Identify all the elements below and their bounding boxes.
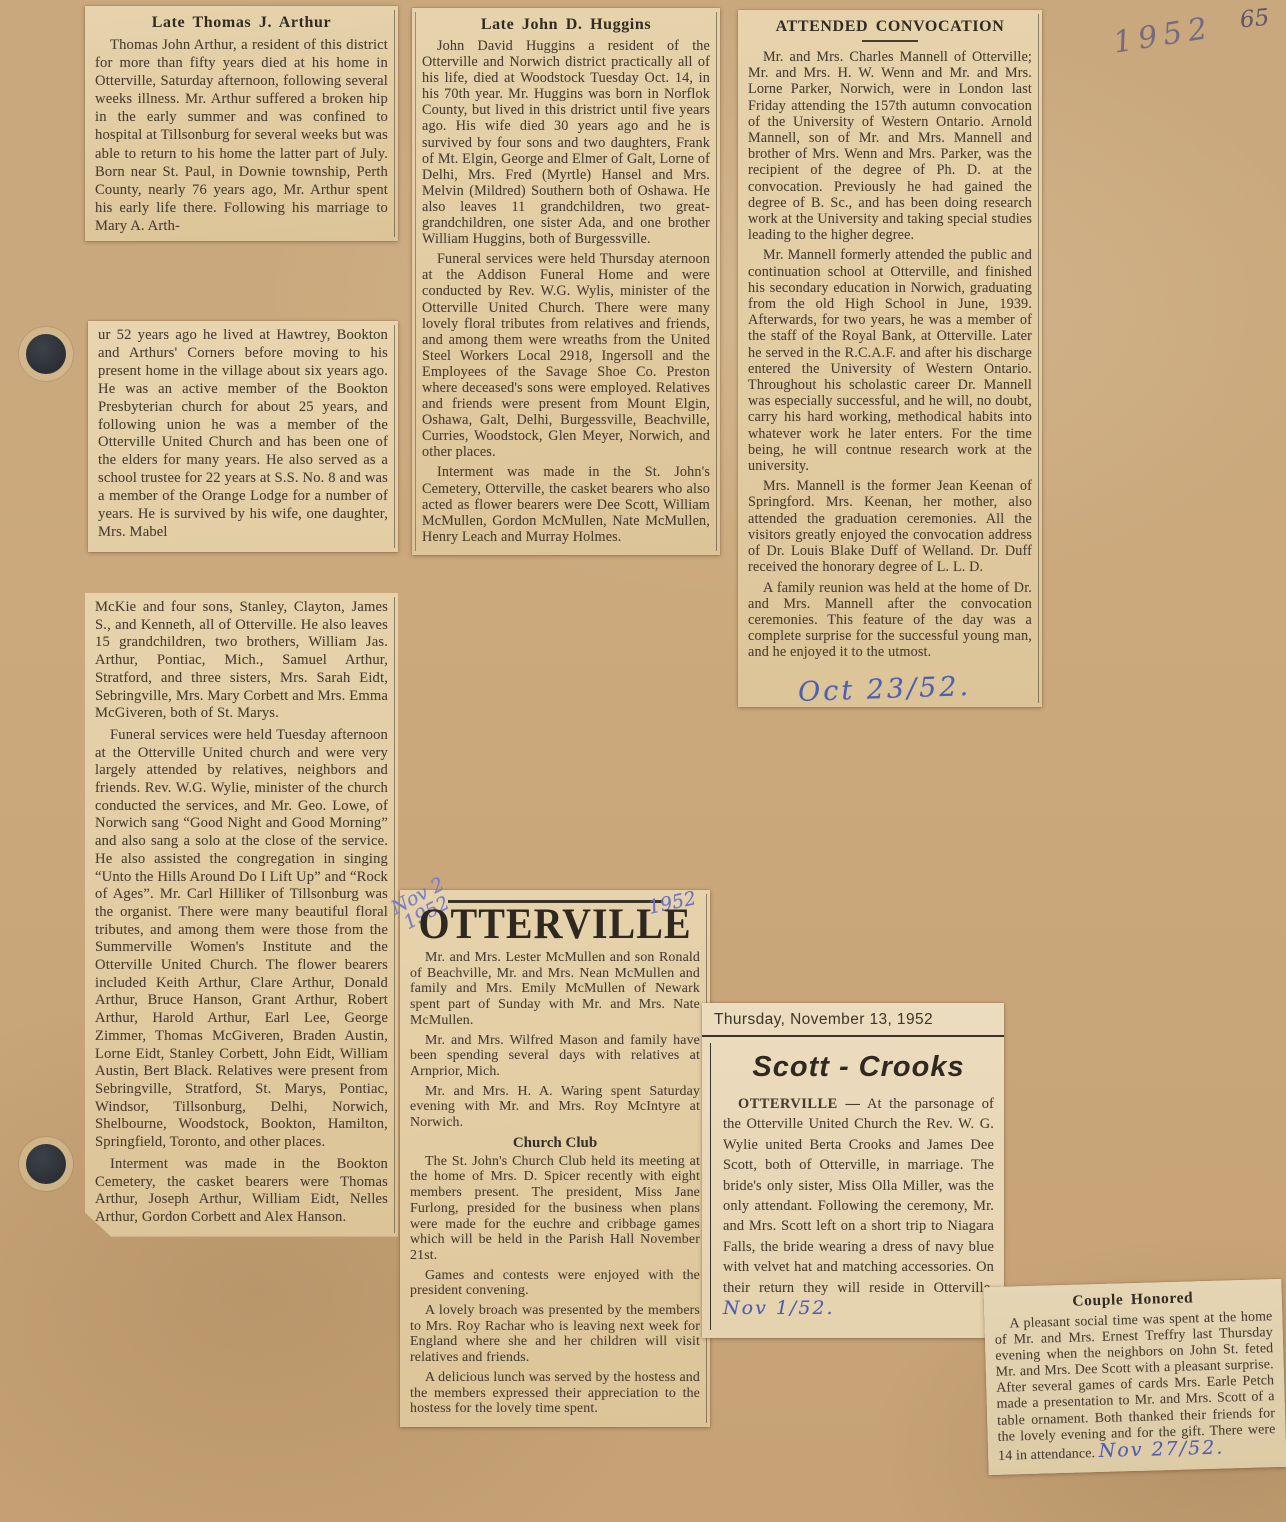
scott-crooks-article: Scott - Crooks OTTERVILLE — At the parso… (710, 1043, 1004, 1330)
convocation-paragraph: Mr. Mannell formerly attended the public… (748, 247, 1032, 474)
huggins-obituary-paragraph: John David Huggins a resident of the Ott… (422, 38, 710, 247)
church-club-paragraph: The St. John's Church Club held its meet… (410, 1154, 700, 1264)
convocation-paragraph: Mrs. Mannell is the former Jean Keenan o… (748, 478, 1032, 575)
convocation-paragraph: A family reunion was held at the home of… (748, 580, 1032, 661)
punch-hole (26, 1144, 66, 1184)
scott-crooks-paragraph: OTTERVILLE — At the parsonage of the Ott… (723, 1094, 994, 1320)
church-club-paragraph: A delicious lunch was served by the host… (410, 1370, 700, 1417)
article-lead: OTTERVILLE — (738, 1096, 860, 1112)
convocation-headline: ATTENDED CONVOCATION (748, 18, 1032, 36)
otterville-headline: OTTERVILLE (410, 902, 700, 945)
otterville-news-paragraph: Mr. and Mrs. H. A. Waring spent Saturday… (410, 1084, 700, 1131)
clipping-arthur-obituary-middle: ur 52 years ago he lived at Hawtrey, Boo… (88, 321, 398, 552)
scott-crooks-headline: Scott - Crooks (723, 1051, 994, 1084)
clipping-huggins-obituary: Late John D. Huggins John David Huggins … (412, 8, 720, 555)
otterville-news-paragraph: Mr. and Mrs. Lester McMullen and son Ron… (410, 950, 700, 1029)
arthur-obituary-paragraph: McKie and four sons, Stanley, Clayton, J… (95, 599, 388, 723)
article-body-text: At the parsonage of the Otterville Unite… (723, 1096, 994, 1296)
church-club-subhead: Church Club (410, 1135, 700, 1152)
arthur-obituary-paragraph: Funeral services were held Tuesday after… (95, 727, 388, 1152)
couple-honored-headline: Couple Honored (994, 1287, 1272, 1313)
clipping-scott-crooks-wedding: Thursday, November 13, 1952 Scott - Croo… (702, 1003, 1004, 1338)
clipping-otterville-news: Nov 2 1952 1952 OTTERVILLE Mr. and Mrs. … (400, 890, 710, 1427)
handwritten-date-annotation: Oct 23/52. (798, 671, 972, 708)
arthur-obituary-headline: Late Thomas J. Arthur (95, 14, 388, 32)
arthur-obituary-paragraph: Thomas John Arthur, a resident of this d… (95, 36, 388, 235)
church-club-paragraph: A lovely broach was presented by the mem… (410, 1303, 700, 1366)
clipping-arthur-obituary-bottom: McKie and four sons, Stanley, Clayton, J… (85, 593, 398, 1237)
handwritten-year-annotation: 1952 (1111, 10, 1216, 60)
arthur-obituary-paragraph: ur 52 years ago he lived at Hawtrey, Boo… (98, 327, 388, 542)
otterville-news-paragraph: Mr. and Mrs. Wilfred Mason and family ha… (410, 1033, 700, 1080)
church-club-paragraph: Games and contests were enjoyed with the… (410, 1268, 700, 1299)
huggins-obituary-paragraph: Interment was made in the St. John's Cem… (422, 464, 710, 544)
handwritten-page-number: 65 (1239, 5, 1271, 34)
headline-dash (862, 40, 918, 42)
clipping-attended-convocation: ATTENDED CONVOCATION Mr. and Mrs. Charle… (738, 10, 1042, 707)
huggins-obituary-headline: Late John D. Huggins (422, 16, 710, 34)
huggins-obituary-paragraph: Funeral services were held Thursday ater… (422, 251, 710, 460)
clipping-couple-honored: Couple Honored A pleasant social time wa… (983, 1279, 1286, 1475)
couple-honored-paragraph: A pleasant social time was spent at the … (994, 1309, 1276, 1465)
newspaper-dateline: Thursday, November 13, 1952 (702, 1003, 1004, 1037)
scrapbook-page: 1952 65 Late Thomas J. Arthur Thomas Joh… (0, 0, 1286, 1522)
convocation-paragraph: Mr. and Mrs. Charles Mannell of Ottervil… (748, 49, 1032, 243)
handwritten-date-annotation: Nov 27/52. (1098, 1436, 1224, 1461)
punch-hole (26, 334, 66, 374)
handwritten-date-annotation: Nov 1/52. (723, 1297, 835, 1319)
arthur-obituary-paragraph: Interment was made in the Bookton Cemete… (95, 1156, 388, 1227)
clipping-arthur-obituary-top: Late Thomas J. Arthur Thomas John Arthur… (85, 6, 398, 241)
